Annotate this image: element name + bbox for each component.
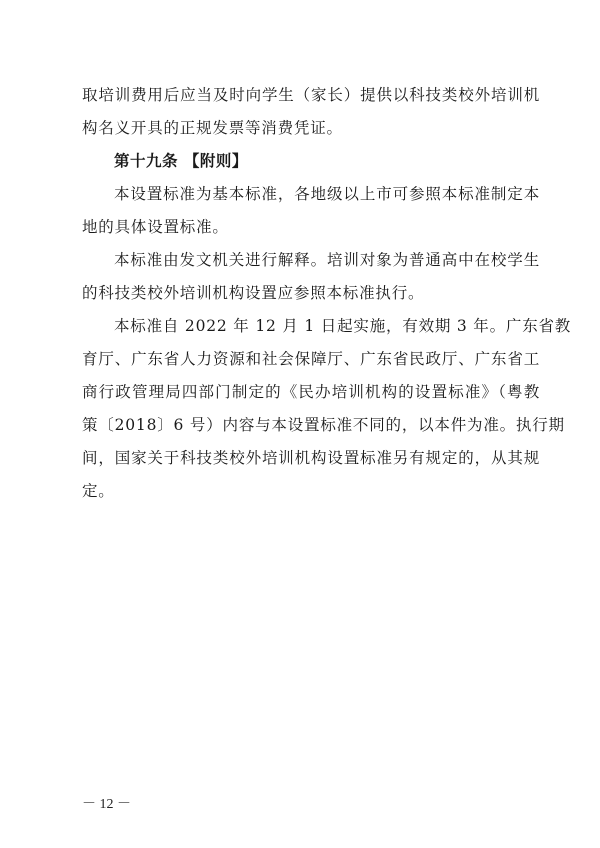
body-line-1: 取培训费用后应当及时向学生（家长）提供以科技类校外培训机: [82, 79, 540, 112]
body-line-2: 构名义开具的正规发票等消费凭证。: [82, 112, 540, 145]
page-number: － 12 －: [82, 793, 131, 813]
body-line-5: 地的具体设置标准。: [82, 211, 540, 244]
body-line-12: 间，国家关于科技类校外培训机构设置标准另有规定的，从其规: [82, 442, 540, 475]
body-line-10: 商行政管理局四部门制定的《民办培训机构的设置标准》（粤教: [82, 376, 540, 409]
body-line-4: 本设置标准为基本标准，各地级以上市可参照本标准制定本: [82, 178, 540, 211]
body-line-6: 本标准由发文机关进行解释。培训对象为普通高中在校学生: [82, 244, 540, 277]
body-line-8: 本标准自 2022 年 12 月 1 日起实施，有效期 3 年。广东省教: [82, 310, 540, 343]
document-page: 取培训费用后应当及时向学生（家长）提供以科技类校外培训机 构名义开具的正规发票等…: [82, 79, 540, 508]
article-heading: 第十九条 【附则】: [82, 145, 540, 178]
body-line-9: 育厅、广东省人力资源和社会保障厅、广东省民政厅、广东省工: [82, 343, 540, 376]
body-line-11: 策〔2018〕6 号）内容与本设置标准不同的，以本件为准。执行期: [82, 409, 540, 442]
body-line-7: 的科技类校外培训机构设置应参照本标准执行。: [82, 277, 540, 310]
body-line-13: 定。: [82, 475, 540, 508]
